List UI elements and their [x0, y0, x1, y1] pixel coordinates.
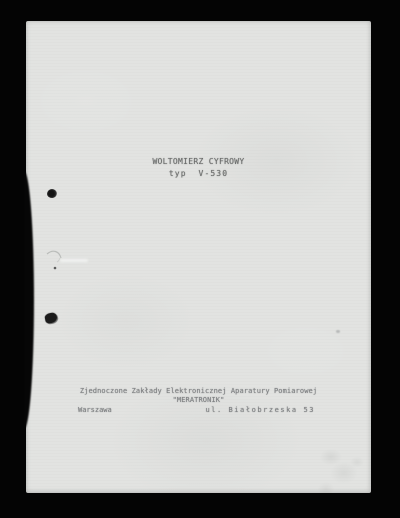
ink-blot-top — [47, 189, 57, 198]
publisher-city: Warszawa — [78, 406, 112, 415]
publisher-name: Zjednoczone Zakłady Elektronicznej Apara… — [26, 387, 371, 396]
ink-blot-bottom — [44, 312, 58, 324]
scan-background: WOLTOMIERZ CYFROWY typ V-530 Zjednoczone… — [0, 0, 400, 518]
pencil-scribble-mark — [40, 245, 76, 279]
brand-name: "MERATRONIK" — [26, 396, 371, 405]
publisher-block: Zjednoczone Zakłady Elektronicznej Apara… — [26, 387, 371, 415]
title-line-2: typ V-530 — [26, 168, 371, 180]
scanned-page: WOLTOMIERZ CYFROWY typ V-530 Zjednoczone… — [26, 21, 371, 493]
white-streak-mark — [60, 259, 88, 262]
title-line-1: WOLTOMIERZ CYFROWY — [26, 156, 371, 168]
document-title: WOLTOMIERZ CYFROWY typ V-530 — [26, 156, 371, 180]
paper-speck — [336, 330, 340, 333]
publisher-address: ul. Białobrzeska 53 — [205, 406, 315, 415]
